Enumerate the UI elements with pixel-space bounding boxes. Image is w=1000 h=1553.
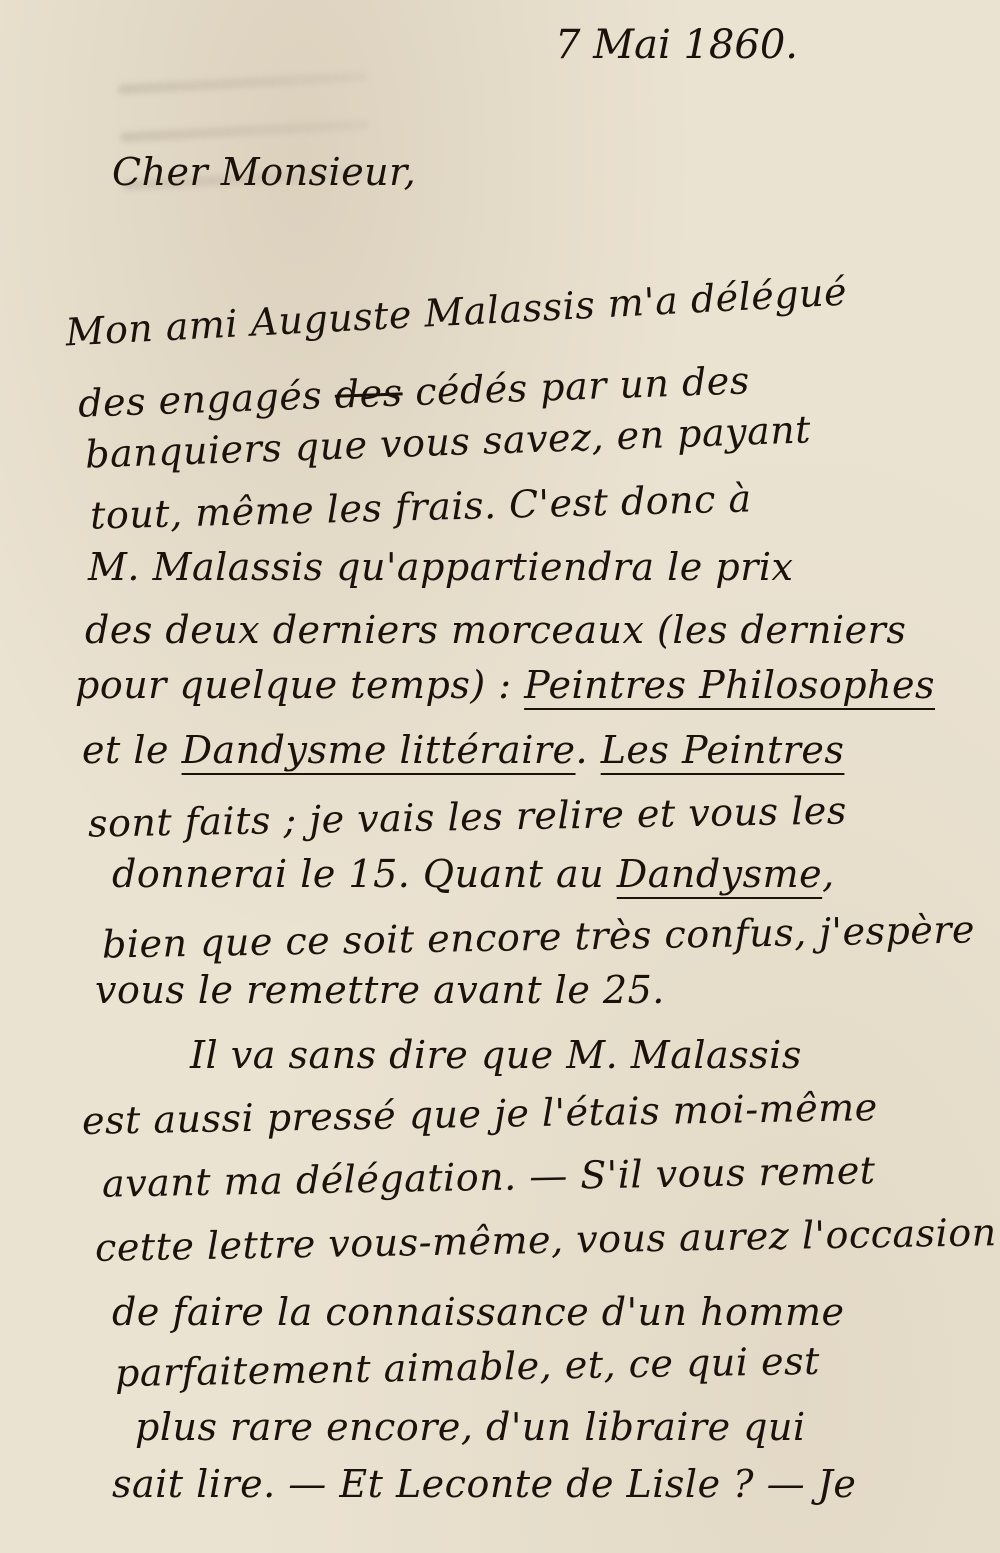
underlined-title: Dandysme	[617, 852, 822, 896]
letter-line: plus rare encore, d'un libraire qui	[135, 1405, 806, 1449]
letter-line: parfaitement aimable, et, ce qui est	[115, 1339, 820, 1395]
letter-date: 7 Mai 1860.	[555, 22, 798, 68]
underlined-title: Les Peintres	[601, 728, 845, 772]
letter-line: pour quelque temps) : Peintres Philosoph…	[75, 663, 935, 707]
letter-line: est aussi pressé que je l'étais moi-même	[82, 1085, 878, 1143]
letter-line: sont faits ; je vais les relire et vous …	[88, 788, 847, 845]
letter-line: tout, même les frais. C'est donc à	[90, 476, 753, 537]
letter-line: des deux derniers morceaux (les derniers	[85, 608, 906, 652]
letter-line: et le Dandysme littéraire. Les Peintres	[82, 728, 844, 772]
underlined-title: Peintres Philosophes	[524, 663, 935, 707]
letter-line: donnerai le 15. Quant au Dandysme,	[112, 852, 835, 896]
struck-word: des	[334, 370, 403, 416]
letter-line: cette lettre vous-même, vous aurez l'occ…	[95, 1210, 997, 1270]
letter-line: M. Malassis qu'appartiendra le prix	[88, 545, 793, 589]
underlined-title: Dandysme littéraire	[182, 728, 576, 772]
letter-line: bien que ce soit encore très confus, j'e…	[102, 907, 976, 966]
letter-line: avant ma délégation. — S'il vous remet	[102, 1148, 876, 1205]
ink-bleed-through	[115, 34, 375, 237]
letter-line: Mon ami Auguste Malassis m'a délégué	[64, 270, 848, 355]
letter-line: vous le remettre avant le 25.	[95, 968, 665, 1012]
salutation: Cher Monsieur,	[112, 150, 416, 194]
letter-line: de faire la connaissance d'un homme	[112, 1290, 845, 1334]
letter-line: Il va sans dire que M. Malassis	[190, 1033, 802, 1077]
letter-page: 7 Mai 1860. Cher Monsieur, Mon ami Augus…	[0, 0, 1000, 1553]
letter-line: sait lire. — Et Leconte de Lisle ? — Je	[112, 1462, 856, 1506]
